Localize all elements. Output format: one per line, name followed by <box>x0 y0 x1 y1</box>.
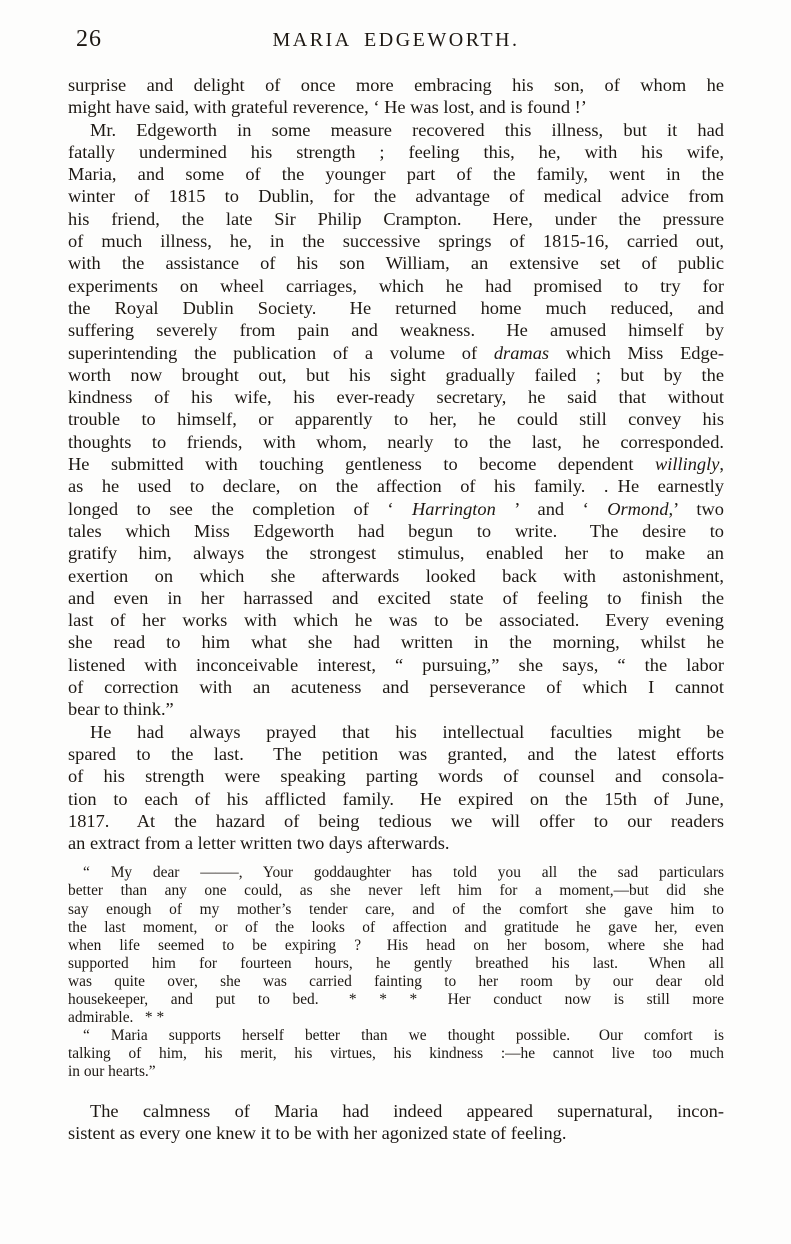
text-line: talking of him, his merit, his virtues, … <box>68 1045 724 1063</box>
italic-text: dramas <box>494 343 549 363</box>
paragraph: “ Maria supports herself better than we … <box>68 1027 724 1081</box>
text-line: gratify him, always the strongest stimul… <box>68 542 724 564</box>
text-line: thoughts to friends, with whom, nearly t… <box>68 431 724 453</box>
paragraph: The calmness of Maria had indeed appeare… <box>68 1100 724 1145</box>
text-line: He had always prayed that his intellectu… <box>68 721 724 743</box>
text-line: in our hearts.” <box>68 1063 724 1081</box>
text-line: experiments on wheel carriages, which he… <box>68 275 724 297</box>
text-line: “ My dear ——–, Your goddaughter has told… <box>68 864 724 882</box>
text-line: might have said, with grateful reverence… <box>68 96 724 118</box>
text-line: longed to see the completion of ‘ Harrin… <box>68 498 724 520</box>
italic-text: willingly <box>655 454 719 474</box>
text-line: “ Maria supports herself better than we … <box>68 1027 724 1045</box>
text-line: Mr. Edgeworth in some measure recovered … <box>68 119 724 141</box>
text-line: spared to the last. The petition was gra… <box>68 743 724 765</box>
paragraph: He had always prayed that his intellectu… <box>68 721 724 855</box>
text-line: winter of 1815 to Dublin, for the advant… <box>68 185 724 207</box>
text-line: The calmness of Maria had indeed appeare… <box>68 1100 724 1122</box>
paragraph: surprise and delight of once more embrac… <box>68 74 724 119</box>
text-line: his friend, the late Sir Philip Crampton… <box>68 208 724 230</box>
text-line: tales which Miss Edgeworth had begun to … <box>68 520 724 542</box>
text-line: trouble to himself, or apparently to her… <box>68 408 724 430</box>
italic-text: Harrington <box>412 499 496 519</box>
book-page: 26 MARIA EDGEWORTH. surprise and delight… <box>0 0 791 1244</box>
running-head: 26 MARIA EDGEWORTH. <box>68 26 724 56</box>
italic-text: Ormond, <box>607 499 673 519</box>
paragraph: “ My dear ——–, Your goddaughter has told… <box>68 864 724 1027</box>
text-line: of much illness, he, in the successive s… <box>68 230 724 252</box>
text-line: listened with inconceivable interest, “ … <box>68 654 724 676</box>
text-line: admirable. * * <box>68 1009 724 1027</box>
text-line: the Royal Dublin Society. He returned ho… <box>68 297 724 319</box>
text-line: an extract from a letter written two day… <box>68 832 724 854</box>
text-line: say enough of my mother’s tender care, a… <box>68 901 724 919</box>
text-line: was quite over, she was carried fainting… <box>68 973 724 991</box>
text-line: sistent as every one knew it to be with … <box>68 1122 724 1144</box>
page-number: 26 <box>76 26 102 53</box>
text-line: last of her works with which he was to b… <box>68 609 724 631</box>
text-line: 1817. At the hazard of being tedious we … <box>68 810 724 832</box>
text-line: He submitted with touching gentleness to… <box>68 453 724 475</box>
text-line: exertion on which she afterwards looked … <box>68 565 724 587</box>
text-line: kindness of his wife, his ever-ready sec… <box>68 386 724 408</box>
running-title: MARIA EDGEWORTH. <box>68 26 724 52</box>
text-line: Maria, and some of the younger part of t… <box>68 163 724 185</box>
text-line: worth now brought out, but his sight gra… <box>68 364 724 386</box>
text-line: as he used to declare, on the affection … <box>68 475 724 497</box>
text-line: housekeeper, and put to bed. * * * Her c… <box>68 991 724 1009</box>
text-line: the last moment, or of the looks of affe… <box>68 919 724 937</box>
text-line: better than any one could, as she never … <box>68 882 724 900</box>
page-body: surprise and delight of once more embrac… <box>68 74 724 1144</box>
text-line: surprise and delight of once more embrac… <box>68 74 724 96</box>
text-line: bear to think.” <box>68 698 724 720</box>
text-line: tion to each of his afflicted family. He… <box>68 788 724 810</box>
text-line: when life seemed to be expiring ? His he… <box>68 937 724 955</box>
paragraph: Mr. Edgeworth in some measure recovered … <box>68 119 724 721</box>
text-line: with the assistance of his son William, … <box>68 252 724 274</box>
text-line: she read to him what she had written in … <box>68 631 724 653</box>
text-line: supported him for fourteen hours, he gen… <box>68 955 724 973</box>
text-line: of his strength were speaking parting wo… <box>68 765 724 787</box>
text-line: suffering severely from pain and weaknes… <box>68 319 724 341</box>
text-line: superintending the publication of a volu… <box>68 342 724 364</box>
text-line: fatally undermined his strength ; feelin… <box>68 141 724 163</box>
text-line: and even in her harrassed and excited st… <box>68 587 724 609</box>
text-line: of correction with an acuteness and pers… <box>68 676 724 698</box>
